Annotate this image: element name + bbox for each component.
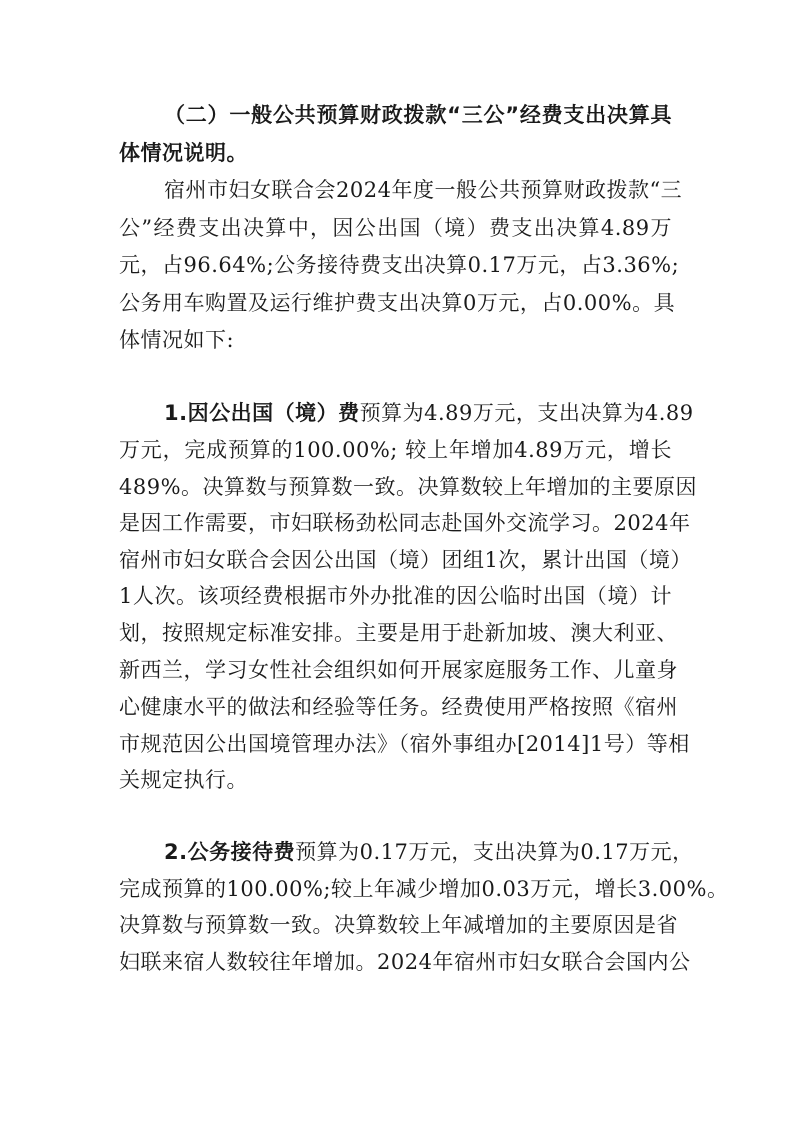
intro-line: 宿州市妇女联合会2024年度一般公共预算财政拨款“三 bbox=[164, 175, 672, 205]
section1-line: 1人次。该项经费根据市外办批准的因公临时出国（境）计 bbox=[119, 581, 672, 611]
section1-title: 1.因公出国（境）费 bbox=[164, 398, 360, 428]
section2-title: 2.公务接待费 bbox=[164, 837, 295, 867]
section1-line: 关规定执行。 bbox=[119, 765, 672, 795]
document-page: （二）一般公共预算财政拨款“三公”经费支出决算具 体情况说明。 宿州市妇女联合会… bbox=[0, 0, 793, 1122]
section2-line: 妇联来宿人数较往年增加。2024年宿州市妇女联合会国内公 bbox=[119, 947, 672, 977]
section1-line: 是因工作需要，市妇联杨劲松同志赴国外交流学习。2024年 bbox=[119, 508, 672, 538]
intro-line: 公务用车购置及运行维护费支出决算0万元，占0.00%。具 bbox=[119, 288, 672, 318]
section-heading-line-2: 体情况说明。 bbox=[119, 138, 672, 168]
section1-line: 万元，完成预算的100.00%; 较上年增加4.89万元，增长 bbox=[119, 435, 672, 465]
intro-line: 元，占96.64%;公务接待费支出决算0.17万元，占3.36%; bbox=[119, 250, 672, 280]
intro-line: 公”经费支出决算中，因公出国（境）费支出决算4.89万 bbox=[119, 213, 672, 243]
section1-line: 心健康水平的做法和经验等任务。经费使用严格按照《宿州 bbox=[119, 692, 672, 722]
section1-line: 市规范因公出国境管理办法》（宿外事组办[2014]1号）等相 bbox=[119, 729, 672, 759]
intro-line: 体情况如下: bbox=[119, 325, 672, 355]
section1-first-line: 1.因公出国（境）费 预算为4.89万元，支出决算为4.89 bbox=[164, 398, 672, 428]
section1-line: 划，按照规定标准安排。主要是用于赴新加坡、澳大利亚、 bbox=[119, 618, 672, 648]
section2-first-line: 2.公务接待费 预算为0.17万元，支出决算为0.17万元， bbox=[164, 837, 672, 867]
section1-line: 宿州市妇女联合会因公出国（境）团组1次，累计出国（境） bbox=[119, 545, 672, 575]
section1-line: 489%。决算数与预算数一致。决算数较上年增加的主要原因 bbox=[119, 472, 672, 502]
section1-first-line-text: 预算为4.89万元，支出决算为4.89 bbox=[360, 398, 694, 428]
section-heading-line-1: （二）一般公共预算财政拨款“三公”经费支出决算具 bbox=[164, 100, 672, 130]
section2-line: 完成预算的100.00%;较上年减少增加0.03万元，增长3.00%。 bbox=[119, 874, 672, 904]
section2-line: 决算数与预算数一致。决算数较上年减增加的主要原因是省 bbox=[119, 910, 672, 940]
section1-line: 新西兰，学习女性社会组织如何开展家庭服务工作、儿童身 bbox=[119, 655, 672, 685]
section2-first-line-text: 预算为0.17万元，支出决算为0.17万元， bbox=[295, 837, 694, 867]
